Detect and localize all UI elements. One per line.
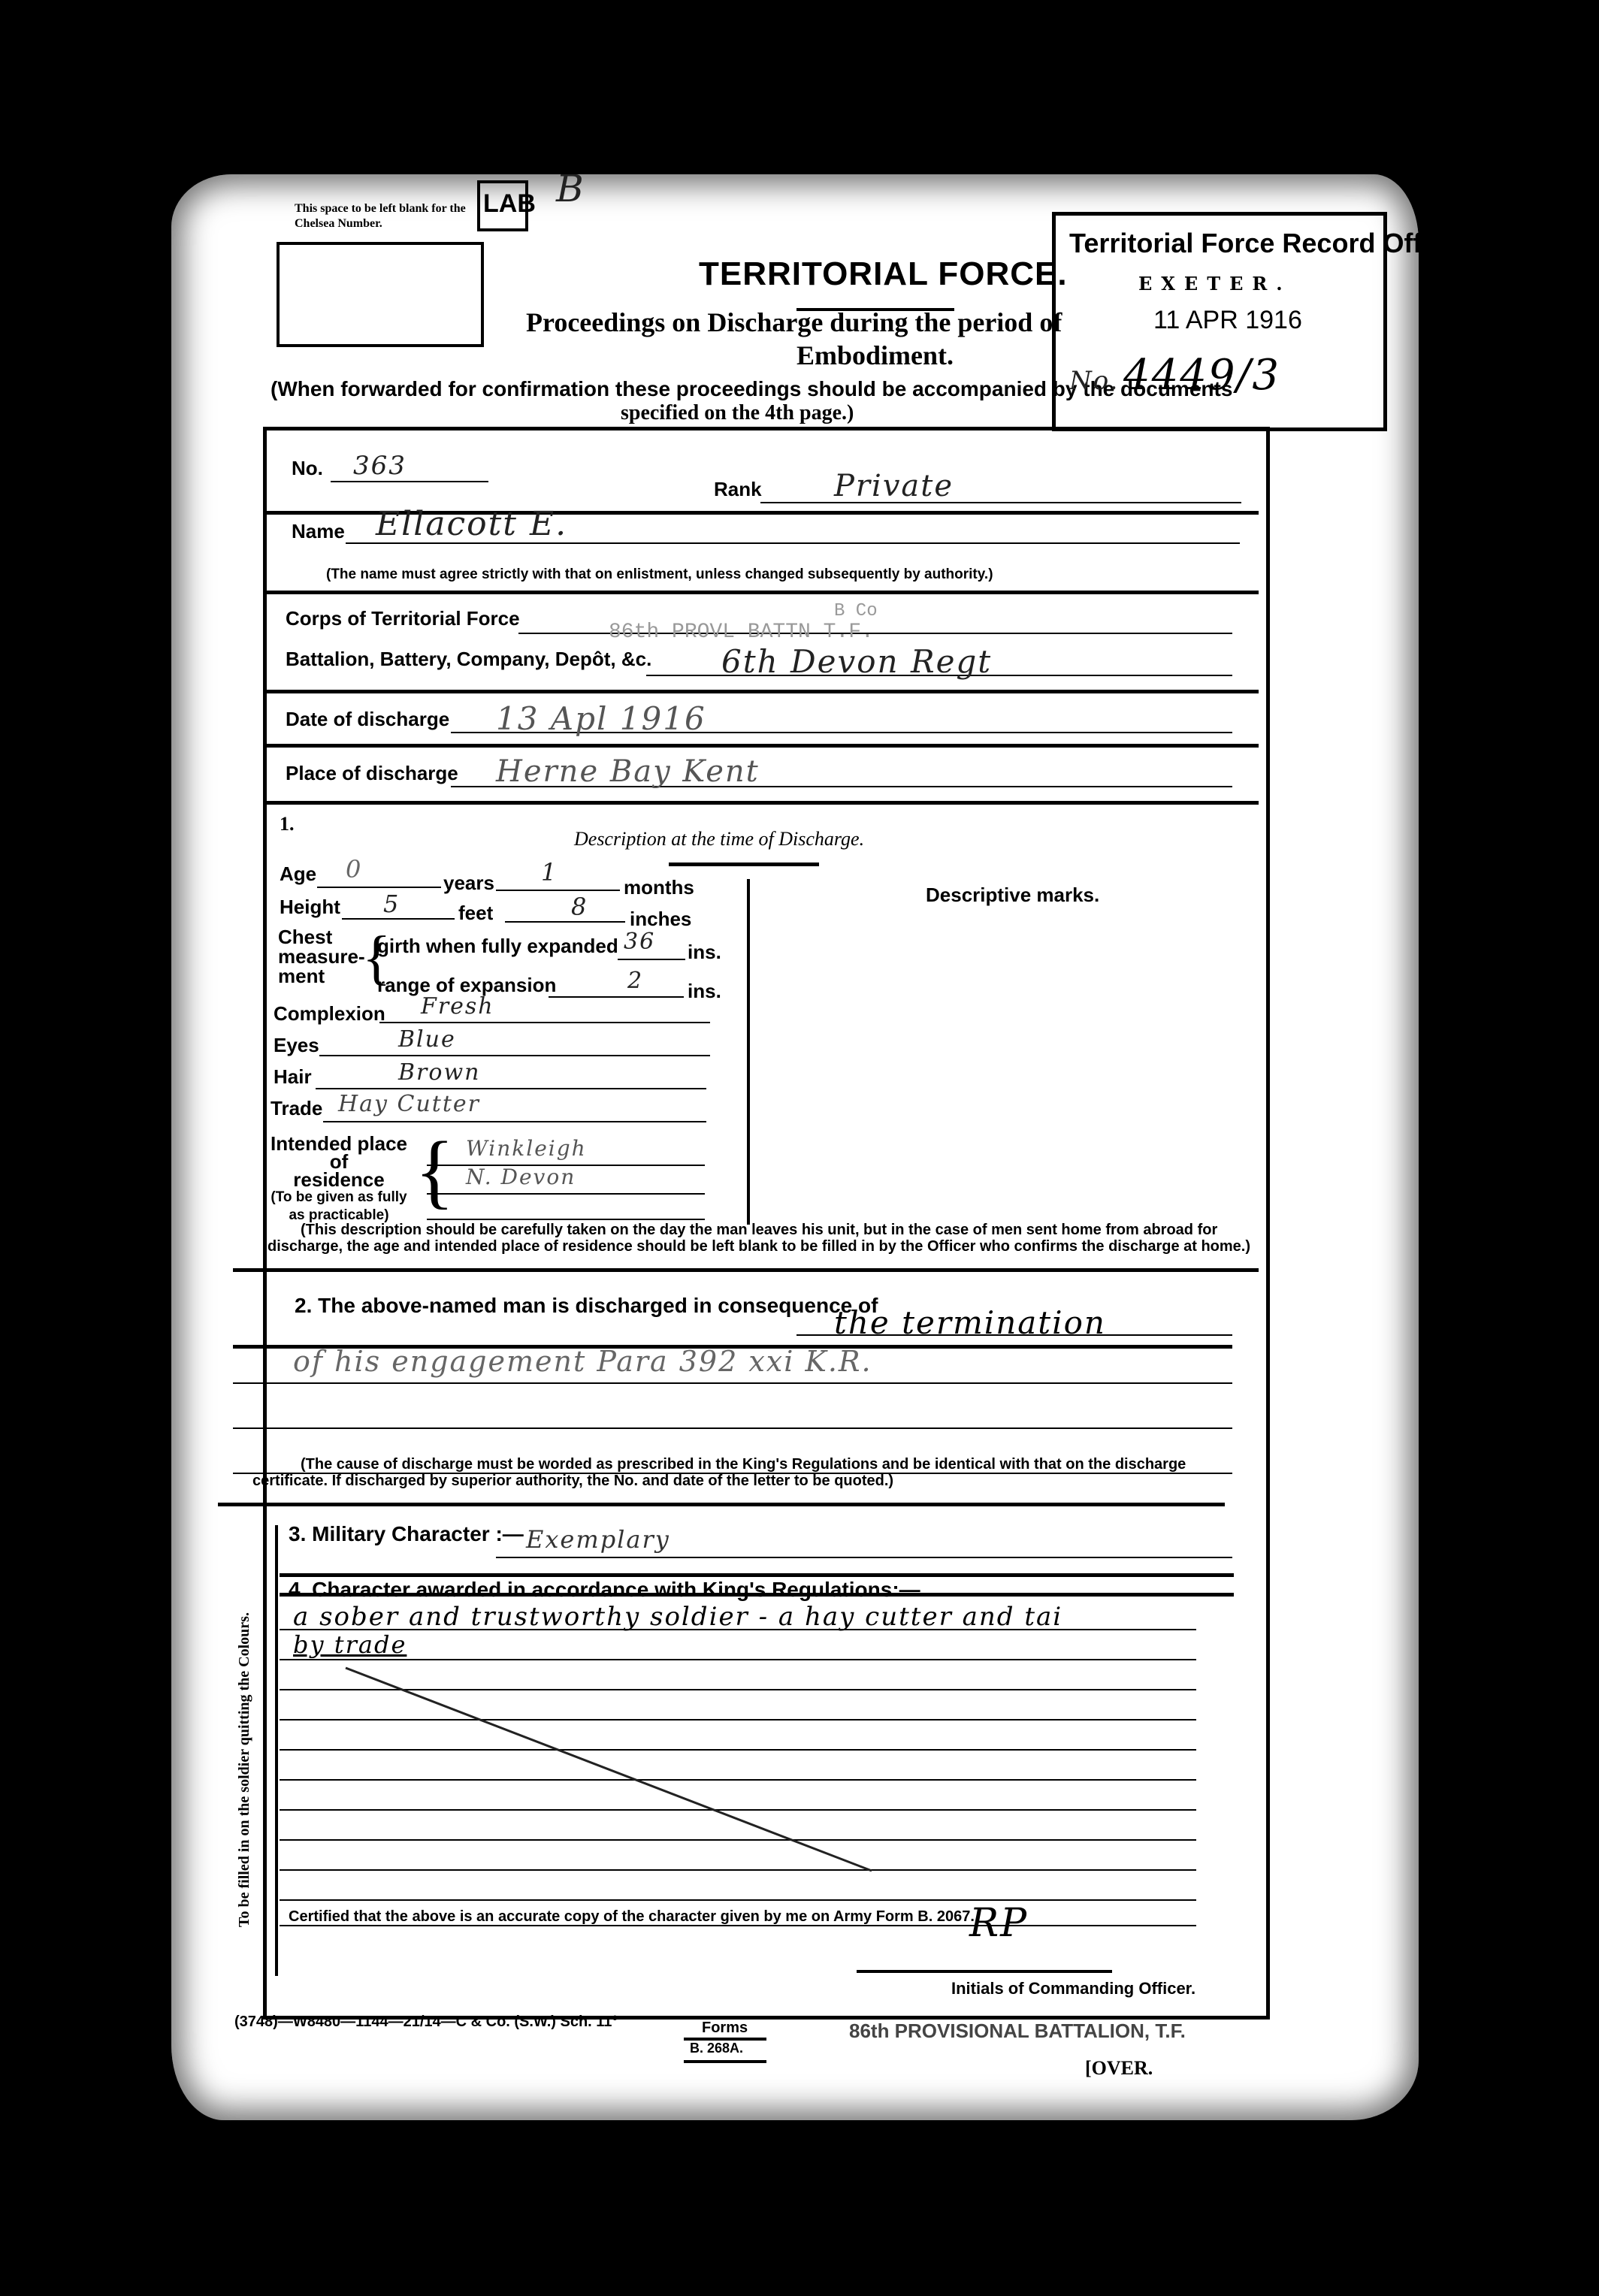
name-note: (The name must agree strictly with that … [326,566,993,583]
inches-label: inches [630,908,691,931]
rank-label: Rank [714,478,762,501]
eyes-line [319,1055,710,1056]
trade-line [323,1121,706,1122]
stamp-city: EXETER. [1138,273,1292,295]
chest-label: Chest measure- ment [278,927,365,986]
rank-value: Private [834,469,954,503]
forms-value: B. 268A. [690,2041,743,2056]
girth-line [618,959,685,960]
description-divider [747,879,750,1225]
lab-stamp-box: LAB [477,180,528,231]
section-2-value-1: the termination [834,1304,1106,1341]
hair-value: Brown [398,1059,480,1086]
residence-label: Intended place of residence (To be given… [260,1134,418,1225]
months-label: months [624,876,694,899]
residence-line-3 [427,1219,705,1220]
divider [280,1573,1234,1577]
section-4-line-1 [280,1629,1196,1630]
initials-label: Initials of Commanding Officer. [951,1979,1195,1998]
height-label: Height [280,896,340,919]
no-label: No. [292,457,323,480]
unit-stamp: 86th PROVISIONAL BATTALION, T.F. [849,2020,1186,2043]
residence-line-2-value: N. Devon [466,1165,576,1189]
residence-label-1: Intended place of [260,1134,418,1171]
form-subtitle-1: Proceedings on Discharge during the peri… [526,307,1062,338]
section-1-number: 1. [280,813,295,835]
over-marker: [OVER. [1085,2057,1153,2080]
record-office-stamp: Territorial Force Record Office, EXETER.… [1052,212,1387,431]
chest-label-3: ment [278,966,365,986]
place-label: Place of discharge [286,762,458,785]
residence-brace: { [415,1133,455,1208]
section-2-note-1: (The cause of discharge must be worded a… [301,1456,1186,1473]
section-4-line-10 [280,1899,1196,1901]
name-label: Name [292,520,345,543]
stamp-date: 11 APR 1916 [1153,306,1302,335]
age-months-value: 1 [541,858,558,887]
battalion-value: 6th Devon Regt [721,643,992,680]
divider [267,801,1259,805]
forms-label: Forms [702,2020,748,2037]
height-inches-value: 8 [571,893,588,921]
stamp-no-value: 4449/3 [1123,351,1280,400]
lab-stamp: LAB [480,183,525,225]
complexion-value: Fresh [421,993,494,1020]
chest-label-2: measure- [278,947,365,966]
date-value: 13 Apl 1916 [496,700,706,737]
corps-label: Corps of Territorial Force [286,607,520,630]
section-2-value-2: of his engagement Para 392 xxi K.R. [293,1345,872,1378]
height-feet-line [342,918,455,920]
section-4-label: 4. Character awarded in accordance with … [289,1578,920,1602]
description-note-2: discharge, the age and intended place of… [268,1238,1250,1255]
hair-line [316,1088,706,1089]
eyes-value: Blue [398,1026,456,1053]
print-reference: (3748)—W8480—1144—21/14—C & Co. (S.W.) S… [234,2014,618,2031]
trade-label: Trade [271,1097,322,1120]
height-inches-line [505,921,625,923]
no-underline [331,481,488,482]
trade-value: Hay Cutter [338,1091,480,1117]
range-line [549,996,684,998]
heading-underline [669,863,819,866]
complexion-label: Complexion [274,1002,385,1026]
no-value: 363 [353,451,407,481]
residence-line-2 [427,1193,705,1195]
section-3-line [496,1557,1232,1558]
section-1-heading: Description at the time of Discharge. [574,828,864,850]
range-ins-label: ins. [688,980,721,1003]
date-label: Date of discharge [286,708,449,731]
section-4-value-1: a sober and trustworthy soldier - a hay … [293,1602,1062,1632]
divider [267,690,1259,693]
stamp-no-label: No. [1069,366,1119,396]
descriptive-marks-label: Descriptive marks. [926,884,1099,907]
rank-underline [760,502,1241,503]
section-2-label: 2. The above-named man is discharged in … [295,1294,878,1318]
handwritten-mark: B [556,167,585,210]
divider [218,1503,1225,1506]
residence-line-1-value: Winkleigh [466,1136,587,1161]
side-label: To be filled in on the soldier quitting … [236,1612,253,1927]
co-initials: RP [969,1901,1028,1946]
chest-label-1: Chest [278,927,365,947]
chelsea-note: This space to be left blank for the Chel… [295,201,475,231]
age-months-line [496,890,620,891]
initials-line [857,1970,1112,1973]
section-3-value: Exemplary [526,1525,670,1554]
residence-label-2: residence [260,1171,418,1189]
name-value: Ellacott E. [376,505,567,543]
years-label: years [443,872,494,895]
chelsea-number-box [277,242,484,347]
stamp-office-name: Territorial Force Record Office, [1069,228,1467,259]
eyes-label: Eyes [274,1034,319,1057]
divider [233,1268,1259,1272]
feet-label: feet [458,902,493,925]
complexion-line [379,1022,710,1023]
section-2-line-3 [233,1427,1232,1429]
forms-rule-2 [684,2060,766,2063]
section-4-value-2: by trade [293,1630,407,1659]
divider [267,591,1259,594]
strike-through-line [338,1660,879,1878]
battalion-label: Battalion, Battery, Company, Depôt, &c. [286,648,651,671]
section-3-label: 3. Military Character :— [289,1522,524,1546]
corps-stamp-line-2: 86th PROVL BATTN T.F. [609,621,874,644]
description-note-1: (This description should be carefully ta… [301,1222,1217,1239]
height-feet-value: 5 [383,890,400,918]
lower-box-left-bracket [275,1525,278,1976]
girth-ins-label: ins. [688,941,721,964]
hair-label: Hair [274,1065,312,1089]
form-subtitle-2: Embodiment. [796,340,954,371]
corps-stamp-line-1: B Co [834,601,878,621]
place-value: Herne Bay Kent [496,754,760,789]
form-title: TERRITORIAL FORCE. [699,255,1068,293]
divider [267,744,1259,748]
section-2-note-2: certificate. If discharged by superior a… [252,1473,893,1490]
residence-label-3: (To be given as fully [260,1189,418,1207]
age-years-value: 0 [346,855,362,884]
range-value: 2 [627,968,643,994]
section-2-line-2 [233,1382,1232,1384]
certified-statement: Certified that the above is an accurate … [289,1908,975,1926]
girth-value: 36 [624,929,655,955]
age-years-line [317,887,441,888]
girth-label: girth when fully expanded [377,935,618,958]
instruction-line-2: specified on the 4th page.) [621,401,854,425]
age-label: Age [280,863,316,886]
